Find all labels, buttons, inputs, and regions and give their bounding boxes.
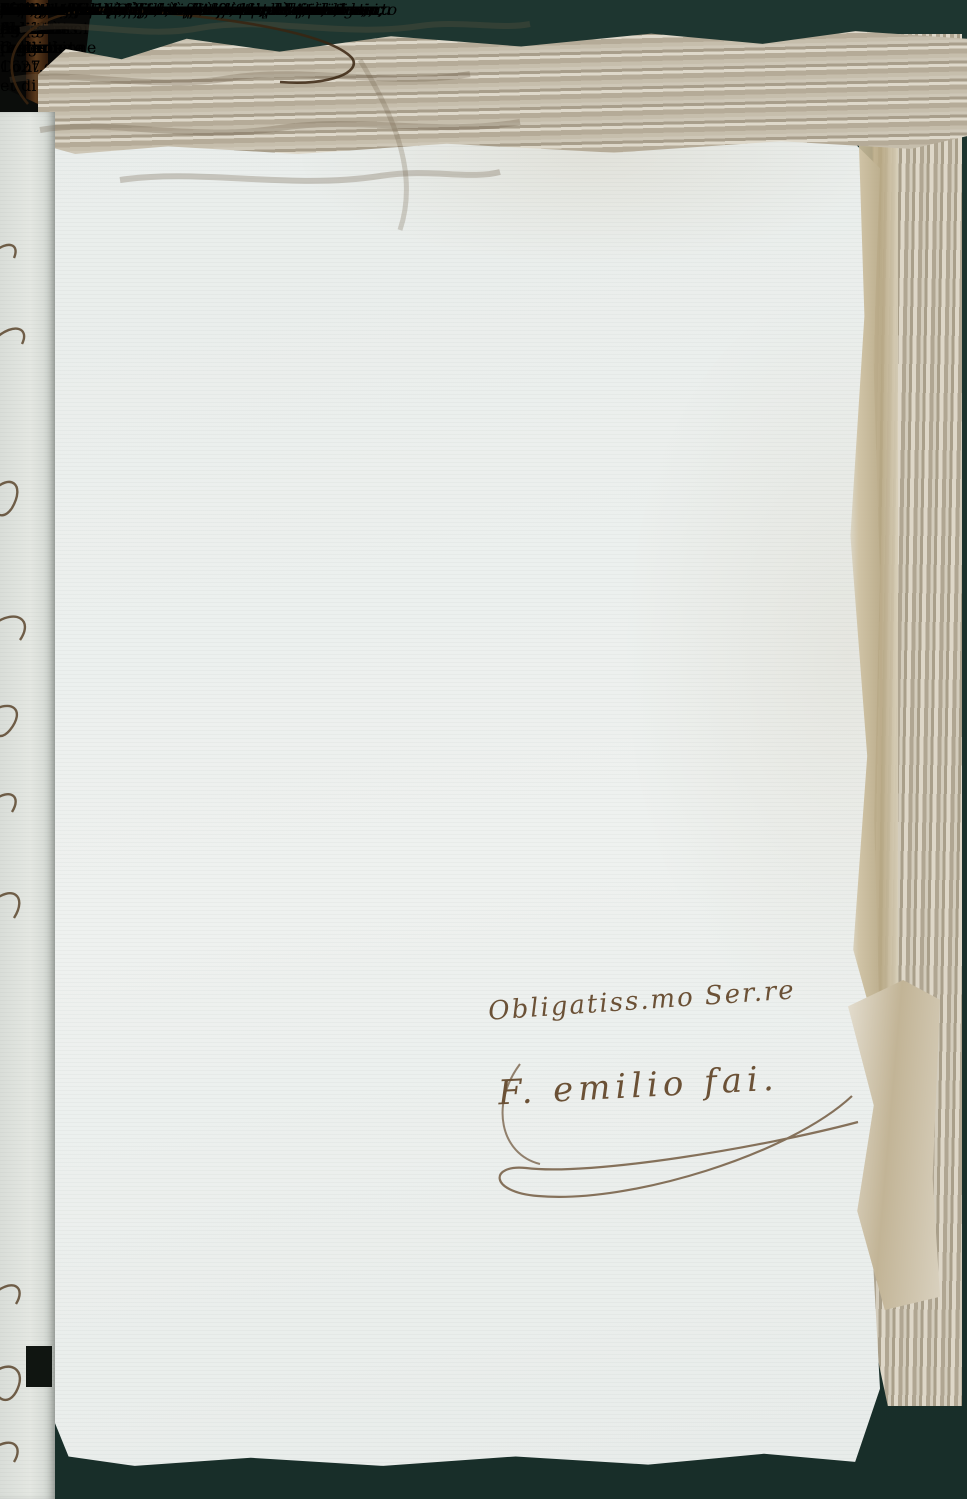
closing-formula: Obligatiss.mo Ser.re xyxy=(487,975,796,1026)
signature-flourish xyxy=(460,1044,890,1234)
ink-fragments xyxy=(0,112,55,1499)
gutter-page-edge xyxy=(0,112,55,1499)
manuscript-scan: Obligatiss.mo Ser.re F. emilio fai. 278 … xyxy=(0,0,967,1499)
gutter-shadow-bottom xyxy=(26,1346,52,1387)
letter-line: re, come fin qui m' hà portata necessità… xyxy=(0,0,343,19)
